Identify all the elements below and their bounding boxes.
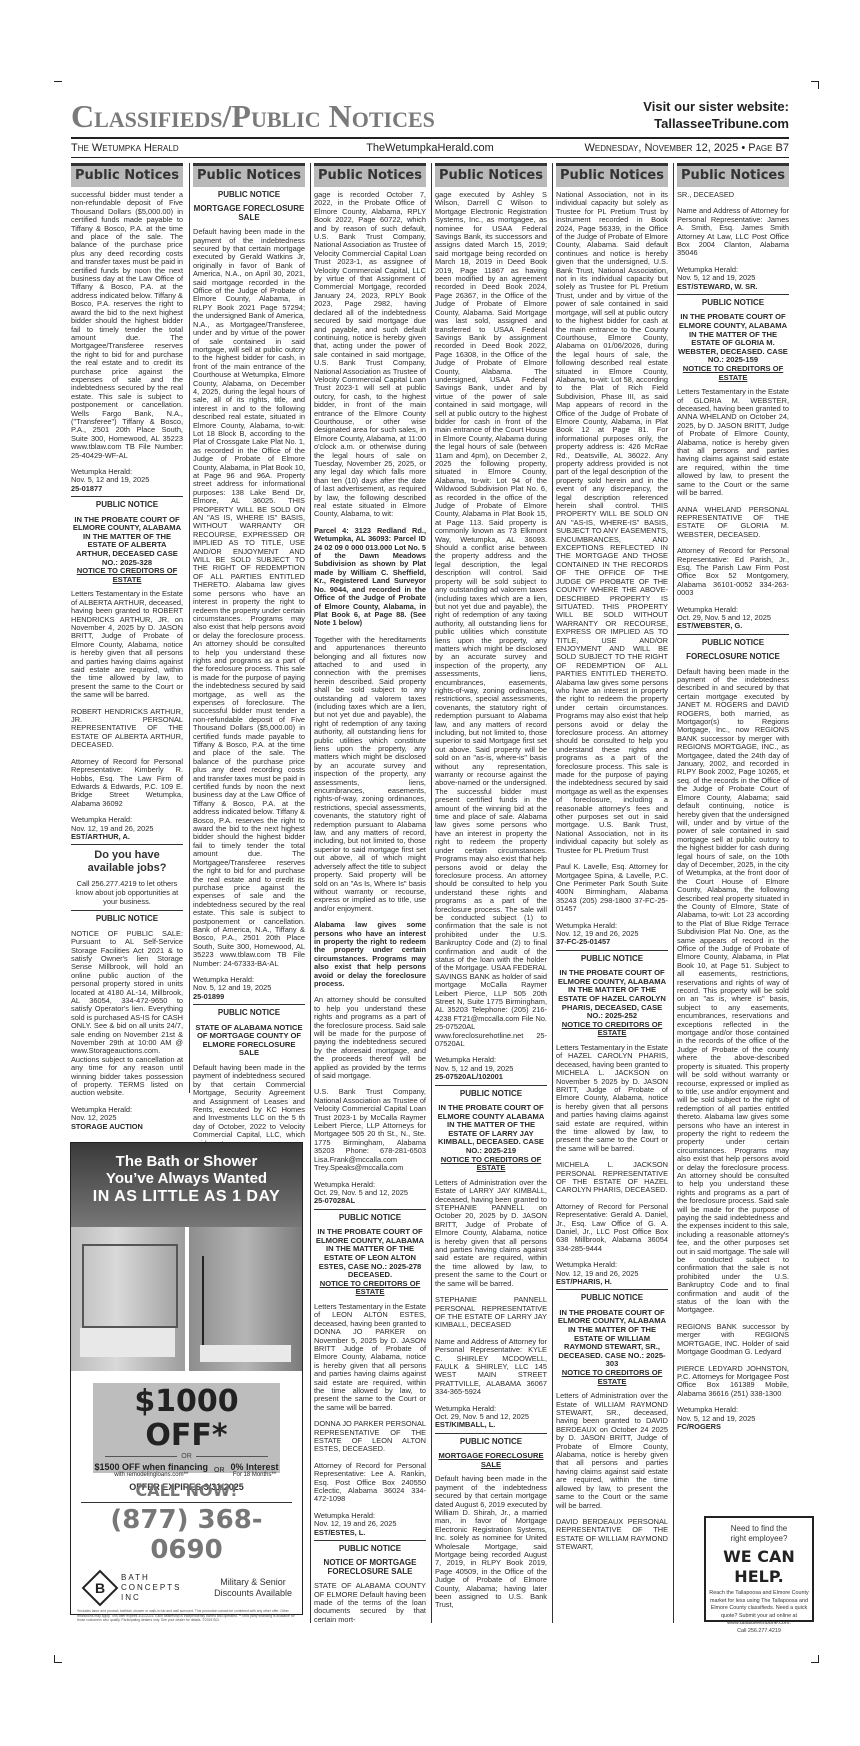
notice-paragraph: gage is recorded October 7, 2022, in the… (314, 191, 426, 519)
notice-paragraph: NOTICE OF PUBLIC SALE: Pursuant to AL Se… (71, 930, 183, 1098)
notice-heading: FORECLOSURE NOTICE (677, 653, 789, 661)
notice-code: EST/STEWARD, W. SR. (677, 283, 789, 291)
notice-title: IN THE PROBATE COURT OF ELMORE COUNTY, A… (556, 969, 668, 1038)
tub-photo (71, 1227, 185, 1371)
notice-paragraph: STEPHANIE PANNELL PERSONAL REPRESENTATIV… (435, 1296, 547, 1330)
offer-options: $1500 OFF when financingwith remodelingl… (93, 1462, 280, 1478)
ad-phone-number[interactable]: (877) 368-0690 (81, 1502, 292, 1565)
section-divider (193, 1004, 305, 1005)
section-header: Public Notices (677, 163, 789, 187)
section-divider (71, 496, 183, 497)
publication-info: Wetumpka Herald:Nov. 5, 12 and 19, 20252… (71, 468, 183, 493)
notice-heading: PUBLIC NOTICE (193, 191, 305, 199)
notice-title: STATE OF ALABAMA NOTICE OF MORTGAGE COUN… (193, 1024, 305, 1058)
offer-main: $1000 OFF* (93, 1385, 280, 1453)
spacer (314, 1624, 426, 1632)
notice-paragraph: Letters of Administration over the Estat… (435, 1179, 547, 1288)
notice-paragraph: Letters Testamentary in the Estate of LE… (314, 1303, 426, 1412)
folio-rule (71, 157, 789, 158)
column-divider (310, 163, 311, 1623)
notice-title: IN THE PROBATE COURT OF ELMORE COUNTY, A… (314, 1228, 426, 1297)
notice-code: 25-01877 (71, 485, 183, 493)
notice-code: EST/WEBSTER, G. (677, 622, 789, 630)
publication-info: Wetumpka Herald:Nov. 5, 12 and 19, 2025F… (677, 1406, 789, 1431)
notice-title-underline: NOTICE TO CREDITORS OF ESTATE (677, 365, 789, 382)
ad-headline-line-3: IN AS LITTLE AS 1 DAY (71, 1187, 302, 1207)
notice-heading: PUBLIC NOTICE (556, 955, 668, 963)
notice-column-5: Public NoticesNational Association, not … (556, 163, 668, 1623)
notice-title-underline: NOTICE TO CREDITORS OF ESTATE (556, 1369, 668, 1386)
help-headline: WE CAN HELP. (706, 1547, 812, 1587)
publication-info: Wetumpka Herald:Nov. 12, 19 and 26, 2025… (314, 1512, 426, 1537)
publication-info: Wetumpka Herald:Nov. 12, 2025STORAGE AUC… (71, 1106, 183, 1131)
section-header: Public Notices (556, 163, 668, 187)
notice-paragraph: An attorney should be consulted to help … (314, 996, 426, 1080)
notice-paragraph: Letters Testamentary in the Estate of HA… (556, 1044, 668, 1153)
notice-paragraph: Default having been made in the payment … (435, 1475, 547, 1610)
notice-title-text: IN THE PROBATE COURT OF ELMORE COUNTY, A… (556, 969, 668, 1021)
notice-heading: PUBLIC NOTICE (71, 501, 183, 509)
date-page: Wednesday, November 12, 2025 • Page B7 (585, 140, 789, 156)
notice-code: EST/ESTES, L. (314, 1529, 426, 1537)
section-divider (677, 634, 789, 635)
column-divider (189, 163, 190, 1093)
notice-title-text: STATE OF ALABAMA NOTICE OF MORTGAGE COUN… (193, 1024, 305, 1058)
section-header: Public Notices (71, 163, 183, 187)
notice-code: STORAGE AUCTION (71, 1123, 183, 1131)
notice-title-text: IN THE PROBATE COURT OF ELMORE COUNTY, A… (677, 313, 789, 365)
notice-paragraph: ROBERT HENDRICKS ARTHUR, JR. PERSONAL RE… (71, 708, 183, 750)
notice-paragraph: MICHELA L. JACKSON PERSONAL REPRESENTATI… (556, 1161, 668, 1195)
notice-code: EST/KIMBALL, L. (435, 1421, 547, 1429)
notice-heading: PUBLIC NOTICE (677, 639, 789, 647)
crop-mark-bottom-right (811, 1655, 819, 1663)
publication-info: Wetumpka Herald:Oct. 29, Nov. 5 and 12, … (435, 1405, 547, 1430)
section-header: Public Notices (314, 163, 426, 187)
page-title: Classifieds/Public Notices (71, 98, 435, 134)
notice-code: 25-07028AL (314, 1197, 426, 1205)
section-header: Public Notices (193, 163, 305, 187)
notice-title-text: IN THE PROBATE COURT OF ELMORE COUNTY, A… (71, 516, 183, 568)
notice-paragraph: Attorney of Record for Personal Represen… (71, 758, 183, 808)
masthead-rule (71, 137, 789, 139)
notice-paragraph: REGIONS BANK successor by merger with RE… (677, 1323, 789, 1357)
notice-code: EST/PHARIS, H. (556, 1278, 668, 1286)
ad-offer-box: $1000 OFF* OR $1500 OFF when financingwi… (93, 1383, 280, 1473)
notice-column-4: Public Noticesgage executed by Ashley S … (435, 163, 547, 1623)
notice-title: IN THE PROBATE COURT OF ELMORE COUNTY, A… (71, 516, 183, 585)
notice-paragraph: Parcel 4: 3123 Redland Rd., Wetumpka, AL… (314, 527, 426, 628)
notice-code: 25-01899 (193, 993, 305, 1001)
notice-paragraph: DONNA JO PARKER PERSONAL REPRESENTATIVE … (314, 1420, 426, 1454)
jobs-headline: Do you have available jobs? (71, 849, 183, 875)
notice-paragraph: STATE OF ALABAMA COUNTY OF ELMORE Defaul… (314, 1582, 426, 1624)
notice-title: IN THE PROBATE COURT OF ELMORE COUNTY, A… (677, 313, 789, 382)
notice-heading: PUBLIC NOTICE (435, 1438, 547, 1446)
publication-info: Wetumpka Herald:Oct. 29, Nov. 5 and 12, … (314, 1181, 426, 1206)
military-senior-discounts: Military & Senior Discounts Available (214, 1577, 292, 1599)
offer-interest: 0% InterestFor 18 Months** (231, 1462, 279, 1478)
notice-title-underline: NOTICE TO CREDITORS OF ESTATE (314, 1280, 426, 1297)
masthead: Classifieds/Public Notices Visit our sis… (71, 98, 789, 134)
publication-info: Wetumpka Herald:Nov. 12, 19 and 26, 2025… (556, 922, 668, 947)
notice-column-6: Public NoticesSR., DECEASEDName and Addr… (677, 163, 789, 1503)
notice-title-underline: NOTICE TO CREDITORS OF ESTATE (435, 1156, 547, 1173)
ad-brand-row: B BATH CONCEPTS INC Military & Senior Di… (81, 1573, 292, 1603)
notice-paragraph: PIERCE LEDYARD JOHNSTON, P.C. Attorneys … (677, 1365, 789, 1399)
notice-paragraph: Letters Testamentary in the Estate of GL… (677, 388, 789, 497)
shower-photo (189, 1227, 303, 1371)
bath-concepts-ad[interactable]: The Bath or Shower You’ve Always Wanted … (70, 1142, 303, 1615)
notice-paragraph: Letters of Administration over the Estat… (556, 1392, 668, 1510)
section-divider (314, 1209, 426, 1210)
notice-paragraph: Default having been made in the payment … (193, 1064, 305, 1148)
help-phone[interactable]: Call 256.277.4219 (706, 1628, 812, 1636)
crop-mark-bottom-left (54, 1655, 62, 1663)
ad-photos (71, 1227, 302, 1371)
notice-paragraph: Letters Testamentary in the Estate of AL… (71, 590, 183, 699)
section-divider (556, 1289, 668, 1290)
notice-heading: PUBLIC NOTICE (677, 299, 789, 307)
notice-column-2: Public NoticesPUBLIC NOTICEMORTGAGE FORE… (193, 163, 305, 1123)
notice-paragraph: Paul K. Lavelle, Esq. Attorney for Mortg… (556, 863, 668, 913)
notice-paragraph: successful bidder must tender a non-refu… (71, 191, 183, 460)
offer-or: OR (105, 1453, 268, 1460)
notice-title-underline: MORTGAGE FORECLOSURE SALE (435, 1452, 547, 1469)
notice-column-1: Public Noticessuccessful bidder must ten… (71, 163, 183, 1043)
section-divider (435, 1085, 547, 1086)
notice-paragraph: Name and Address of Attorney for Persona… (677, 207, 789, 257)
ad-headline-line-1: The Bath or Shower (71, 1153, 302, 1170)
column-divider (552, 163, 553, 1623)
sister-website-link[interactable]: TallasseeTribune.com (643, 115, 789, 132)
column-divider (431, 163, 432, 1623)
brand-name: BATH CONCEPTS INC (121, 1573, 181, 1603)
notice-heading: MORTGAGE FORECLOSURE SALE (193, 205, 305, 222)
crop-mark-top-right (811, 81, 819, 89)
help-question-1: Need to find the (706, 1524, 812, 1534)
notice-paragraph: DAVID BERDEAUX PERSONAL REPRESENTATIVE O… (556, 1518, 668, 1552)
notice-paragraph: SR., DECEASED (677, 191, 789, 199)
notice-title-text: IN THE PROBATE COURT OF ELMORE COUNTY, A… (314, 1228, 426, 1280)
folio-line: The Wetumpka Herald TheWetumpkaHerald.co… (71, 140, 789, 156)
notice-paragraph: Default having been made in the payment … (193, 228, 305, 968)
ad-headline-line-2: You’ve Always Wanted (71, 1170, 302, 1187)
notice-heading: NOTICE OF MORTGAGE FORECLOSURE SALE (314, 1559, 426, 1576)
jobs-body: Call 256.277.4219 to let others know abo… (71, 879, 183, 906)
notice-heading: PUBLIC NOTICE (71, 915, 183, 923)
notice-paragraph: ANNA WHELAND PERSONAL REPRESENTATIVE OF … (677, 506, 789, 540)
sister-line-1: Visit our sister website: (643, 98, 789, 115)
offer-or-mid: OR (214, 1467, 225, 1474)
section-divider (314, 1540, 426, 1541)
section-divider (556, 950, 668, 951)
notice-code: 25-07520AL/102001 (435, 1073, 547, 1081)
notice-paragraph: Name and Address of Attorney for Persona… (435, 1338, 547, 1397)
section-divider (677, 294, 789, 295)
notice-heading: PUBLIC NOTICE (193, 1009, 305, 1017)
notice-code: EST/ARTHUR, A. (71, 833, 183, 841)
notice-heading: PUBLIC NOTICE (314, 1214, 426, 1222)
sister-website-promo: Visit our sister website: TallasseeTribu… (643, 98, 789, 132)
notice-code: 37-FC-25-01457 (556, 938, 668, 946)
notice-paragraph: Default having been made in the payment … (677, 668, 789, 1315)
offer-financing: $1500 OFF when financingwith remodelingl… (94, 1462, 208, 1478)
notice-paragraph: gage executed by Ashley S Wilson, Darrel… (435, 191, 547, 1048)
call-now-label: CALL NOW! (71, 1481, 302, 1500)
publication-info: Wetumpka Herald:Nov. 12, 19 and 26, 2025… (556, 1261, 668, 1286)
help-body: Reach the Tallapoosa and Elmore County m… (706, 1590, 812, 1628)
notice-paragraph: Attorney of Record for Personal Represen… (314, 1462, 426, 1504)
publication-info: Wetumpka Herald:Nov. 5, 12 and 19, 2025E… (677, 266, 789, 291)
publication-info: Wetumpka Herald:Nov. 5, 12 and 19, 20252… (435, 1056, 547, 1081)
notice-title: IN THE PROBATE COURT OF ELMORE COUNTY, A… (556, 1309, 668, 1386)
notice-title: MORTGAGE FORECLOSURE SALE (435, 1452, 547, 1469)
ad-fine-print: *Includes labor and product; bathtub, sh… (77, 1609, 296, 1623)
notice-paragraph: U.S. Bank Trust Company, National Associ… (314, 1088, 426, 1172)
notice-heading: PUBLIC NOTICE (314, 1545, 426, 1553)
notice-heading: PUBLIC NOTICE (556, 1294, 668, 1302)
notice-title: IN THE PROBATE COURT OF ELMORE COUNTY AL… (435, 1104, 547, 1173)
section-divider (71, 844, 183, 845)
notice-paragraph: National Association, not in its individ… (556, 191, 668, 855)
notice-heading: PUBLIC NOTICE (435, 1090, 547, 1098)
we-can-help-ad[interactable]: Need to find the right employee? WE CAN … (704, 1516, 814, 1622)
notice-title-underline: NOTICE TO CREDITORS OF ESTATE (71, 567, 183, 584)
spacer (556, 1552, 668, 1560)
crop-mark-top-left (54, 81, 62, 89)
notice-paragraph: Together with the hereditaments and appu… (314, 636, 426, 913)
publication-info: Wetumpka Herald:Nov. 12, 19 and 26, 2025… (71, 816, 183, 841)
section-header: Public Notices (435, 163, 547, 187)
notice-paragraph: Attorney of Record for Personal Represen… (556, 1203, 668, 1253)
jobs-promo: Do you have available jobs?Call 256.277.… (71, 849, 183, 906)
notice-title-text: IN THE PROBATE COURT OF ELMORE COUNTY, A… (556, 1309, 668, 1369)
publication-info: Wetumpka Herald:Nov. 5, 12 and 19, 20252… (193, 976, 305, 1001)
column-divider (673, 163, 674, 1623)
notice-column-3: Public Noticesgage is recorded October 7… (314, 163, 426, 1623)
help-question-2: right employee? (706, 1534, 812, 1544)
section-divider (71, 910, 183, 911)
bath-concepts-logo-icon: B (82, 1570, 119, 1607)
notice-paragraph: Alabama law gives some persons who have … (314, 921, 426, 988)
notice-title-text: IN THE PROBATE COURT OF ELMORE COUNTY AL… (435, 1104, 547, 1156)
notice-paragraph: Attorney of Record for Personal Represen… (677, 547, 789, 597)
spacer (435, 1610, 547, 1618)
section-divider (435, 1433, 547, 1434)
notice-title-underline: NOTICE TO CREDITORS OF ESTATE (556, 1021, 668, 1038)
notice-code: FC/ROGERS (677, 1423, 789, 1431)
ad-headline: The Bath or Shower You’ve Always Wanted … (71, 1143, 302, 1227)
publication-info: Wetumpka Herald:Oct. 29, Nov. 5 and 12, … (677, 606, 789, 631)
